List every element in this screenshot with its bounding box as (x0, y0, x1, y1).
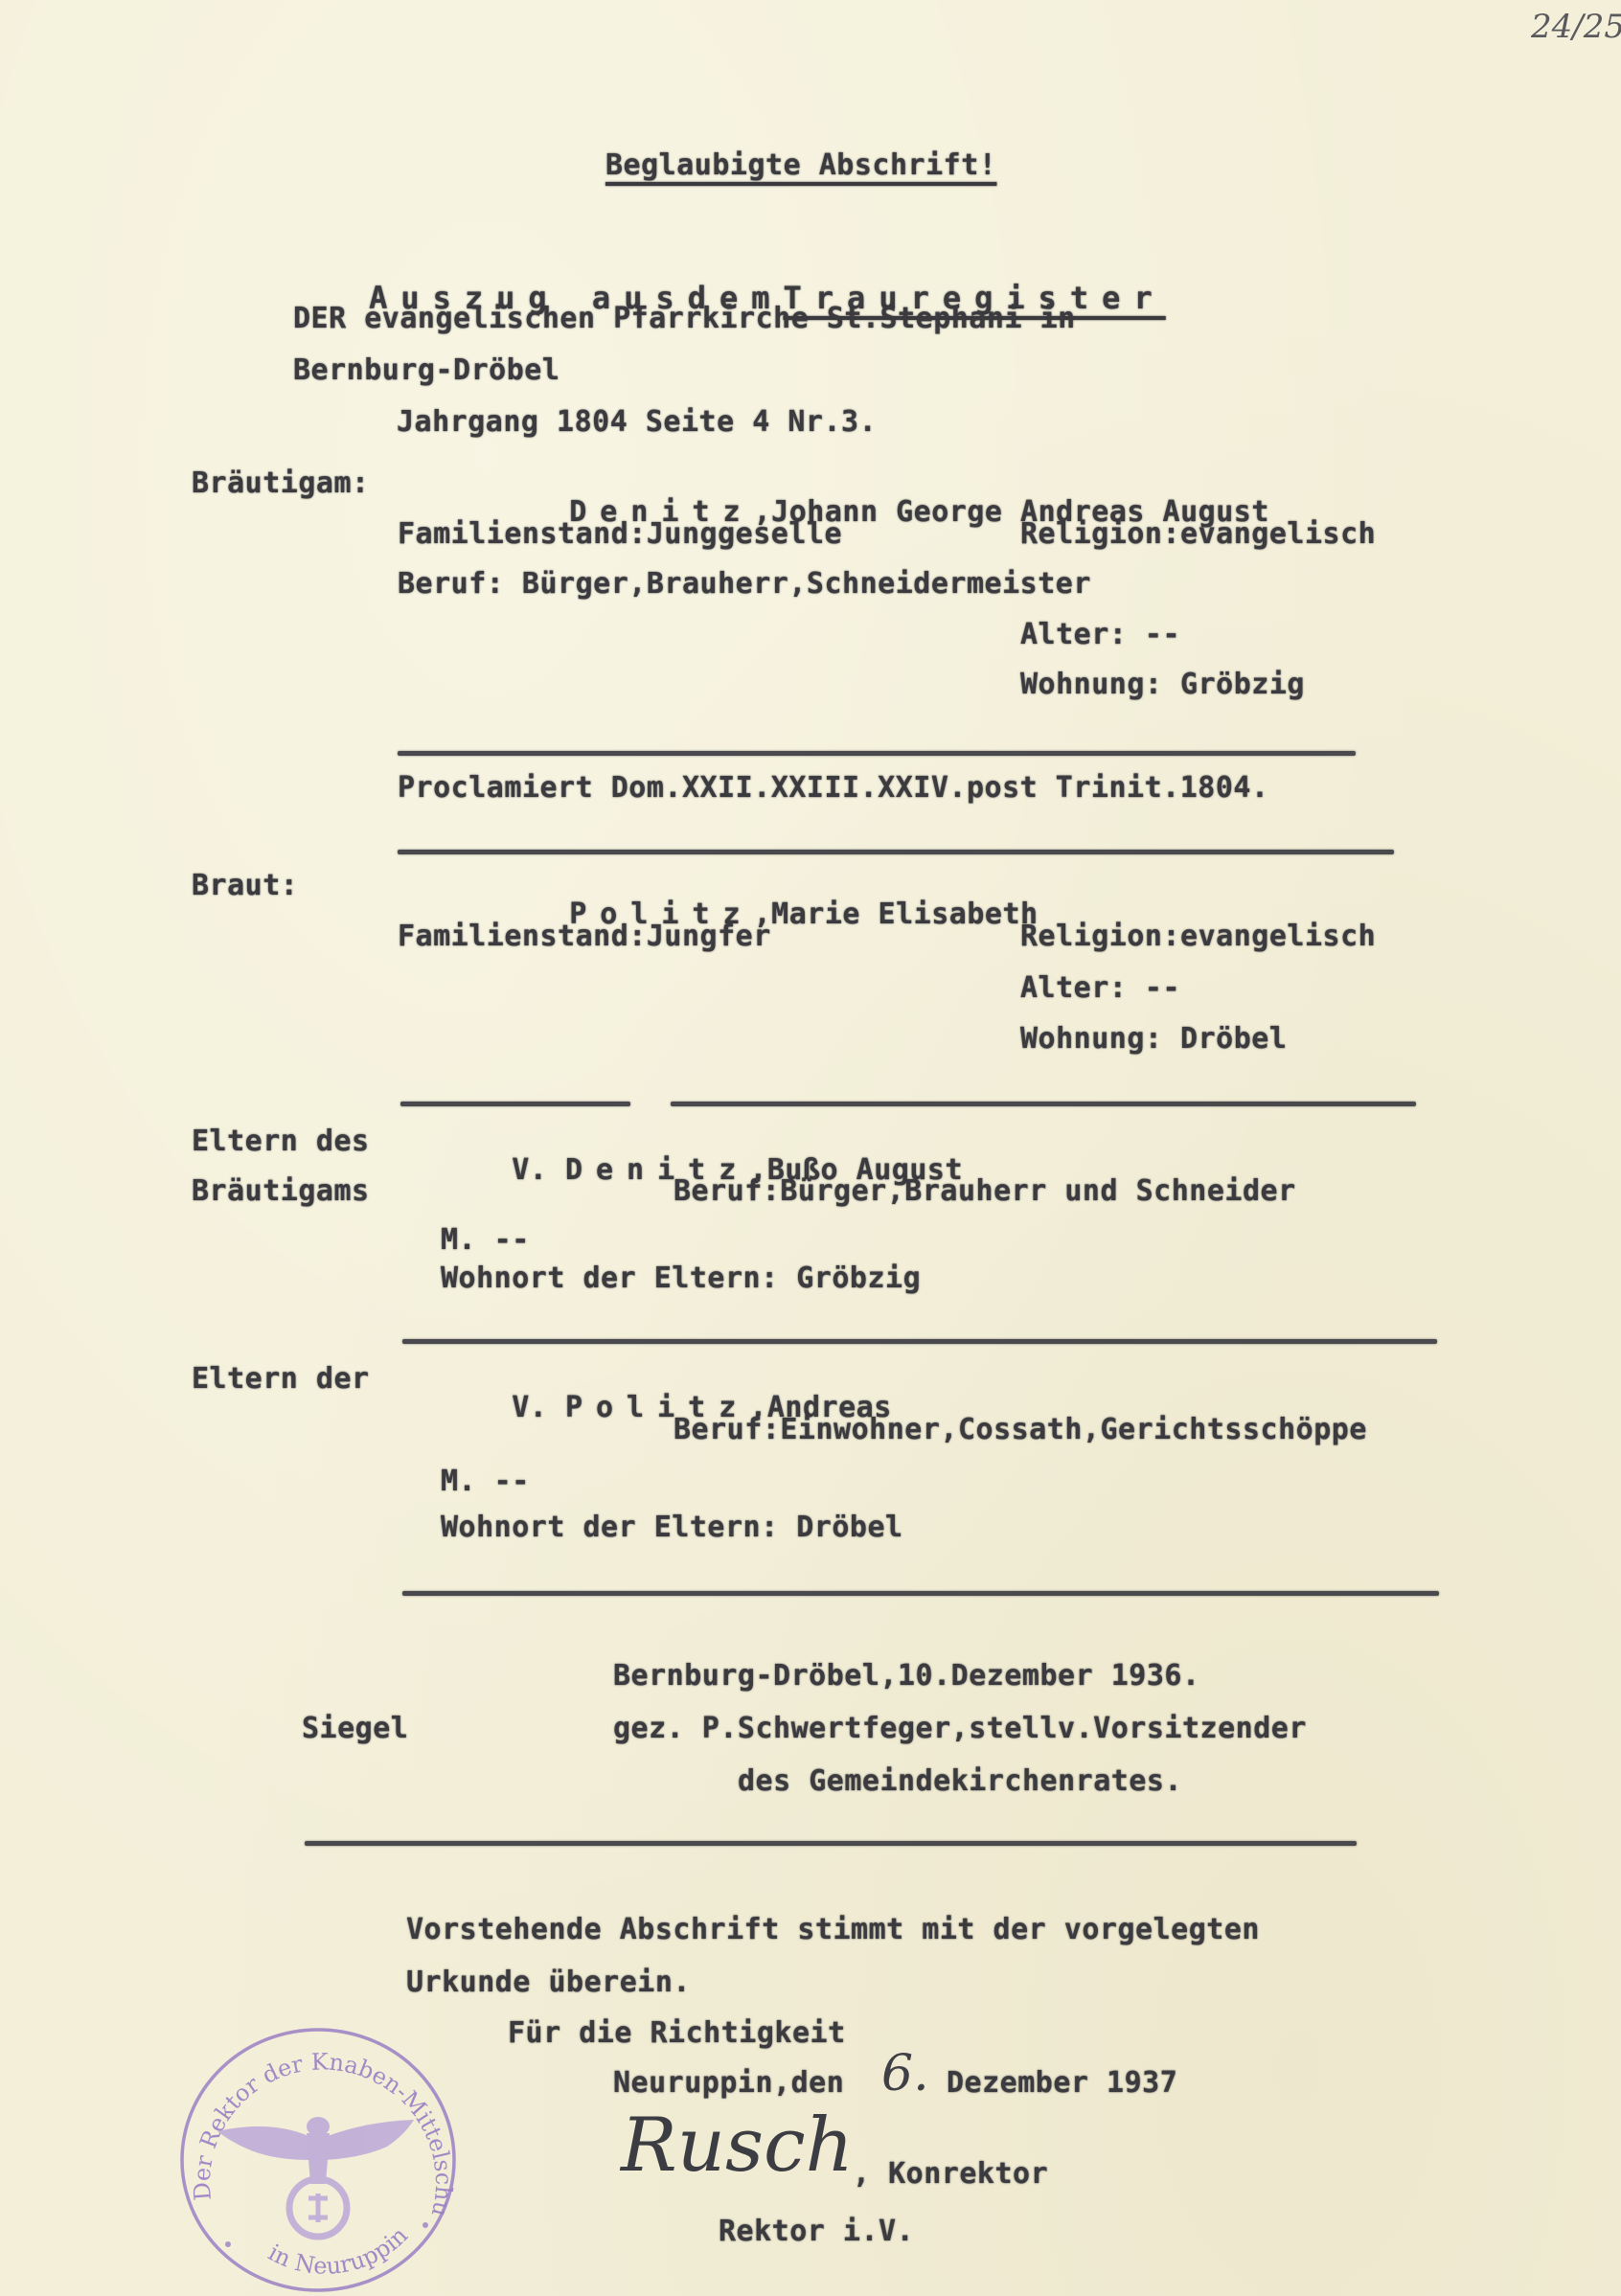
issuance-place-date: Bernburg-Dröbel,10.Dezember 1936. (613, 1662, 1200, 1691)
place-line: Bernburg-Dröbel (293, 356, 559, 385)
bride-label: Braut: (192, 872, 298, 900)
seal-label: Siegel (302, 1715, 408, 1743)
document-page: 24/25 Beglaubigte Abschrift! Auszug ausd… (0, 0, 1621, 2296)
certification-line3: Für die Richtigkeit (508, 2019, 846, 2048)
groom-parents-label-2: Bräutigams (192, 1177, 370, 1206)
groom-age: Alter: -- (1020, 621, 1180, 649)
signature: Rusch (621, 2103, 854, 2189)
groom-mother: M. -- (441, 1226, 530, 1255)
groom-occupation: Beruf: Bürger,Brauherr,Schneidermeister (398, 570, 1091, 599)
archive-number: 24/25 (1531, 8, 1621, 46)
certification-line2: Urkunde überein. (406, 1968, 691, 1997)
volume-line: Jahrgang 1804 Seite 4 Nr.3. (397, 408, 877, 437)
eagle-emblem-icon (217, 2117, 414, 2237)
stamp-seal-icon: Der Rektor der Knaben-Mittelschule in Ne… (174, 2016, 462, 2294)
bride-religion: Religion:evangelisch (1020, 922, 1376, 951)
groom-residence: Wohnung: Gröbzig (1020, 671, 1305, 699)
father-prefix: V. (512, 1391, 547, 1424)
divider (402, 1591, 1439, 1596)
signer-title: , Konrektor (853, 2160, 1048, 2189)
signed-by: gez. P.Schwertfeger,stellv.Vorsitzender (613, 1715, 1307, 1743)
groom-parents-label-1: Eltern des (192, 1127, 370, 1156)
groom-marital-status: Familienstand:Junggeselle (398, 520, 842, 549)
divider (398, 850, 1394, 854)
proclamation: Proclamiert Dom.XXII.XXIII.XXIV.post Tri… (398, 774, 1269, 803)
bride-father-occupation: Beruf:Einwohner,Cossath,Gerichtsschöppe (674, 1416, 1367, 1444)
groom-religion: Religion:evangelisch (1020, 520, 1376, 549)
certification-date-prefix: Neuruppin,den (613, 2069, 844, 2098)
divider (305, 1841, 1357, 1846)
certification-line1: Vorstehende Abschrift stimmt mit der vor… (406, 1916, 1260, 1944)
bride-parents-label-1: Eltern der (192, 1365, 370, 1394)
divider (402, 1339, 1437, 1344)
father-prefix: V. (512, 1153, 547, 1187)
bride-mother: M. -- (441, 1467, 530, 1496)
church-line: DER evangelischen Pfarrkirche St.Stephan… (293, 305, 1076, 333)
certification-date-suffix: Dezember 1937 (947, 2069, 1177, 2098)
divider (400, 1102, 630, 1106)
bride-parents-residence: Wohnort der Eltern: Dröbel (441, 1513, 903, 1542)
groom-label: Bräutigam: (192, 469, 370, 498)
bride-residence: Wohnung: Dröbel (1020, 1025, 1287, 1054)
signer-role: Rektor i.V. (719, 2217, 914, 2246)
groom-parents-residence: Wohnort der Eltern: Gröbzig (441, 1264, 921, 1293)
handwritten-day: 6. (881, 2045, 929, 2103)
groom-father-occupation: Beruf:Bürger,Brauherr und Schneider (674, 1177, 1296, 1206)
divider (398, 751, 1356, 756)
official-stamp: Der Rektor der Knaben-Mittelschule in Ne… (174, 2016, 462, 2294)
divider (671, 1102, 1416, 1106)
signed-by-line2: des Gemeindekirchenrates. (738, 1767, 1182, 1796)
bride-given-names: ,Marie Elisabeth (754, 898, 1039, 931)
bride-marital-status: Familienstand:Jungfer (398, 922, 771, 951)
bride-age: Alter: -- (1020, 974, 1180, 1003)
document-heading: Beglaubigte Abschrift! (605, 151, 996, 180)
